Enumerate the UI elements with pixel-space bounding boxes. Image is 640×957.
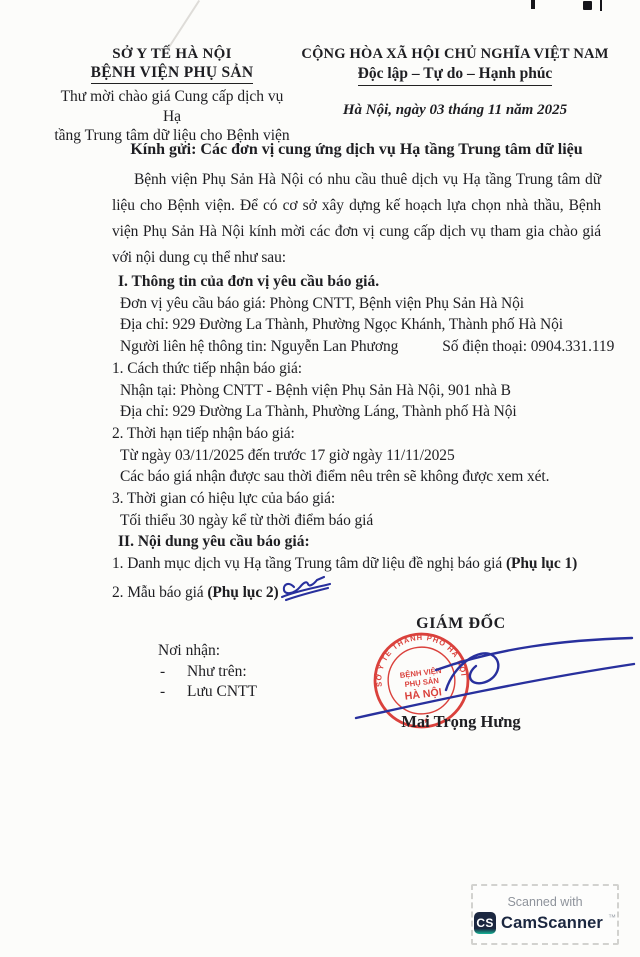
receive-address-line: Địa chỉ: 929 Đường La Thành, Phường Láng… (112, 401, 601, 423)
address-line: Địa chỉ: 929 Đường La Thành, Phường Ngọc… (112, 314, 601, 336)
late-note-line: Các báo giá nhận được sau thời điểm nêu … (112, 466, 601, 488)
document-subject: Thư mời chào giá Cung cấp dịch vụ Hạ tần… (52, 87, 292, 146)
department-name: SỞ Y TẾ HÀ NỘI (52, 46, 292, 63)
scan-artifact-mark (531, 0, 535, 9)
trademark-symbol: ™ (608, 913, 616, 922)
appendix-2-ref: (Phụ lục 2) (207, 584, 278, 601)
item-3-title: 3. Thời gian có hiệu lực của báo giá: (112, 488, 601, 510)
dash-bullet: - (158, 662, 187, 683)
validity-line: Tối thiểu 30 ngày kể từ thời điểm báo gi… (112, 510, 601, 532)
salutation-line: Kính gửi: Các đơn vị cung ứng dịch vụ Hạ… (112, 140, 601, 160)
recipients-title: Nơi nhận: (158, 641, 257, 662)
camscanner-brand-name: CamScanner (501, 914, 603, 933)
signer-name: Mai Trọng Hưng (376, 712, 546, 732)
appendix-1-line: 1. Danh mục dịch vụ Hạ tầng Trung tâm dữ… (112, 553, 601, 575)
scan-artifact-mark (583, 1, 592, 10)
scan-artifact-line (168, 0, 200, 48)
recipients-block: Nơi nhận: - Như trên: - Lưu CNTT (158, 641, 257, 703)
contact-line: Người liên hệ thông tin: Nguyễn Lan Phươ… (112, 336, 601, 358)
appendix-1-ref: (Phụ lục 1) (506, 555, 577, 572)
scanned-document-page: SỞ Y TẾ HÀ NỘI BỆNH VIỆN PHỤ SẢN Thư mời… (0, 0, 640, 957)
hospital-name: BỆNH VIỆN PHỤ SẢN (52, 64, 292, 84)
camscanner-badge: Scanned with CS CamScanner ™ (471, 884, 619, 945)
item-2-title: 2. Thời hạn tiếp nhận báo giá: (112, 423, 601, 445)
camscanner-brand-row: CS CamScanner ™ (474, 912, 616, 934)
contact-person: Người liên hệ thông tin: Nguyễn Lan Phươ… (120, 336, 398, 358)
place-date-line: Hà Nội, ngày 03 tháng 11 năm 2025 (292, 102, 618, 119)
national-motto: Độc lập – Tự do – Hạnh phúc (292, 65, 618, 86)
item-1-title: 1. Cách thức tiếp nhận báo giá: (112, 358, 601, 380)
phone-number: Số điện thoại: 0904.331.119 (442, 336, 614, 358)
section-2-title: II. Nội dung yêu cầu báo giá: (112, 531, 601, 553)
receive-at-line: Nhận tại: Phòng CNTT - Bệnh viện Phụ Sản… (112, 380, 601, 402)
scan-artifact-mark (600, 0, 602, 11)
intro-paragraph: Bệnh viện Phụ Sản Hà Nội có nhu cầu thuê… (112, 167, 601, 271)
document-body: Kính gửi: Các đơn vị cung ứng dịch vụ Hạ… (112, 140, 601, 604)
camscanner-logo-icon: CS (474, 912, 496, 934)
handwritten-initial (280, 575, 350, 603)
recipient-item: - Như trên: (158, 662, 257, 683)
section-1-title: I. Thông tin của đơn vị yêu cầu báo giá. (112, 271, 601, 293)
national-header-block: CỘNG HÒA XÃ HỘI CHỦ NGHĨA VIỆT NAM Độc l… (292, 46, 618, 119)
appendix-2-line: 2. Mẫu báo giá (Phụ lục 2) (112, 575, 601, 604)
requesting-unit-line: Đơn vị yêu cầu báo giá: Phòng CNTT, Bệnh… (112, 293, 601, 315)
deadline-line: Từ ngày 03/11/2025 đến trước 17 giờ ngày… (112, 445, 601, 467)
scanned-with-label: Scanned with (507, 895, 582, 909)
issuing-agency-block: SỞ Y TẾ HÀ NỘI BỆNH VIỆN PHỤ SẢN Thư mời… (52, 46, 292, 146)
country-title: CỘNG HÒA XÃ HỘI CHỦ NGHĨA VIỆT NAM (292, 46, 618, 63)
dash-bullet: - (158, 682, 187, 703)
recipient-item: - Lưu CNTT (158, 682, 257, 703)
